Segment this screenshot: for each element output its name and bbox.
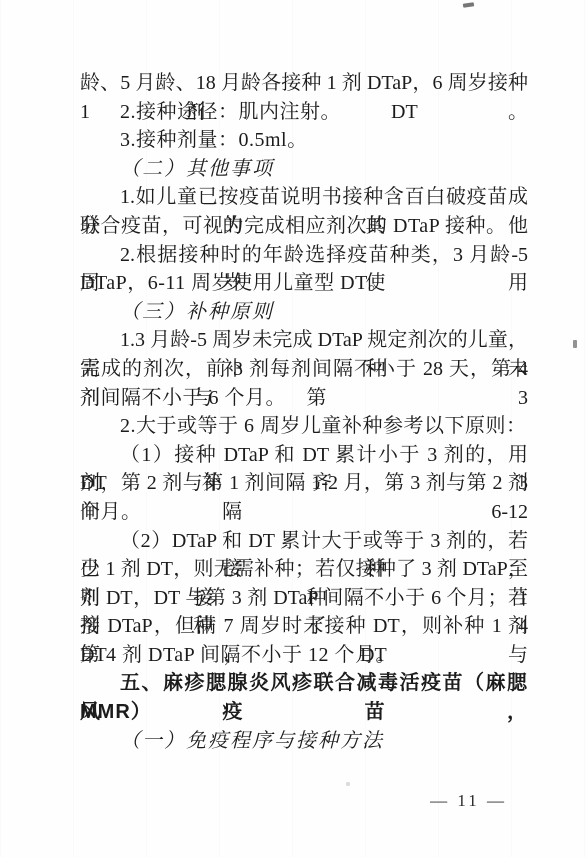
scan-speck: [346, 782, 350, 786]
text-line: 完成的剂次，前 3 剂每剂间隔不小于 28 天，第 4 剂与第 3: [80, 355, 528, 384]
text-line: 剂 DT，DT 与第 3 剂 DTaP 间隔不小于 6 个月；若接种了 4: [80, 584, 528, 613]
text-line: 1.如儿童已按疫苗说明书接种含百白破疫苗成分的其他: [80, 183, 528, 212]
text-line: 少 1 剂 DT，则无需补种；若仅接种了 3 剂 DTaP，则接种 1: [80, 555, 528, 584]
text-line: （1）接种 DTaP 和 DT 累计小于 3 剂的，用 DT 补齐 3: [80, 441, 528, 470]
scan-speck: [463, 2, 474, 7]
scan-speck: [573, 340, 577, 348]
text-line: 1.3 月龄-5 周岁未完成 DTaP 规定剂次的儿童，需补种未: [80, 326, 528, 355]
text-line: 剂，第 2 剂与第 1 剂间隔 1-2 月，第 3 剂与第 2 剂间隔 6-12: [80, 469, 528, 498]
text-line: 五、麻疹腮腺炎风疹联合减毒活疫苗（麻腮风疫苗，: [80, 669, 528, 698]
text-line: （2）DTaP 和 DT 累计大于或等于 3 剂的，若已接种至: [80, 527, 528, 556]
text-line: （三）补种原则: [80, 298, 528, 327]
text-line: 剂 DTaP，但满 7 周岁时未接种 DT，则补种 1 剂 DT，DT 与: [80, 612, 528, 641]
text-line: （二）其他事项: [80, 155, 528, 184]
scanned-document-page: 龄、5 月龄、18 月龄各接种 1 剂 DTaP，6 周岁接种 1 剂 DT。2…: [0, 0, 587, 857]
text-line: 3.接种剂量：0.5ml。: [80, 126, 528, 155]
page-number: — 11 —: [430, 791, 507, 811]
text-line: 龄、5 月龄、18 月龄各接种 1 剂 DTaP，6 周岁接种 1 剂 DT。: [80, 69, 528, 98]
text-line: 联合疫苗，可视为完成相应剂次的 DTaP 接种。: [80, 212, 528, 241]
text-line: 2.大于或等于 6 周岁儿童补种参考以下原则：: [80, 412, 528, 441]
text-line: （一）免疫程序与接种方法: [80, 727, 528, 756]
text-line: 2.根据接种时的年龄选择疫苗种类，3 月龄-5 周岁使用: [80, 241, 528, 270]
document-body: 龄、5 月龄、18 月龄各接种 1 剂 DTaP，6 周岁接种 1 剂 DT。2…: [80, 69, 528, 755]
